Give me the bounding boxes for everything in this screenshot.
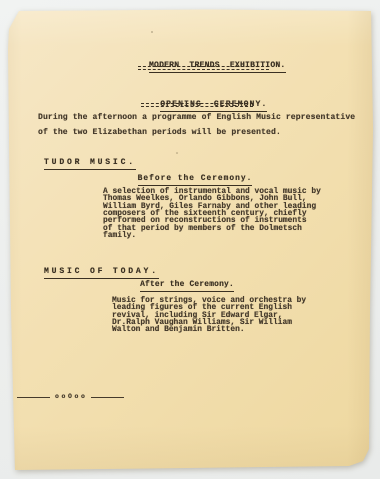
subheading-before-ceremony: Before the Ceremony. <box>12 174 378 183</box>
tudor-music-paragraph: A selection of instrumental and vocal mu… <box>103 188 321 239</box>
footer-ornament: ooOoo <box>14 393 127 401</box>
tudor-heading-text: TUDOR MUSIC. <box>44 158 136 170</box>
paper-sheet: MODERN TRENDS EXHIBITION. OPENING CEREMO… <box>7 9 373 472</box>
paper-speck <box>176 152 178 154</box>
section-heading-tudor-music: TUDOR MUSIC. <box>44 158 136 167</box>
corner-fold-crease <box>2 12 12 30</box>
after-ceremony-text: After the Ceremony. <box>140 280 234 292</box>
title-double-rule <box>138 66 269 70</box>
ornament-rule-right <box>91 397 124 398</box>
subheading-after-ceremony: After the Ceremony. <box>4 280 370 289</box>
paper-document: MODERN TRENDS EXHIBITION. OPENING CEREMO… <box>7 9 373 472</box>
today-heading-text: MUSIC OF TODAY. <box>44 267 159 279</box>
ornament-text: ooOoo <box>53 393 88 401</box>
before-ceremony-text: Before the Ceremony. <box>138 174 253 186</box>
ornament-rule-left <box>17 397 50 398</box>
opening-double-rule <box>141 103 253 107</box>
paper-speck <box>151 31 153 33</box>
today-music-paragraph: Music for strings, voice and orchestra b… <box>112 297 306 334</box>
section-heading-music-of-today: MUSIC OF TODAY. <box>44 267 159 276</box>
photo-background: MODERN TRENDS EXHIBITION. OPENING CEREMO… <box>0 0 380 479</box>
opening-paragraph: During the afternoon a programme of Engl… <box>38 110 355 140</box>
